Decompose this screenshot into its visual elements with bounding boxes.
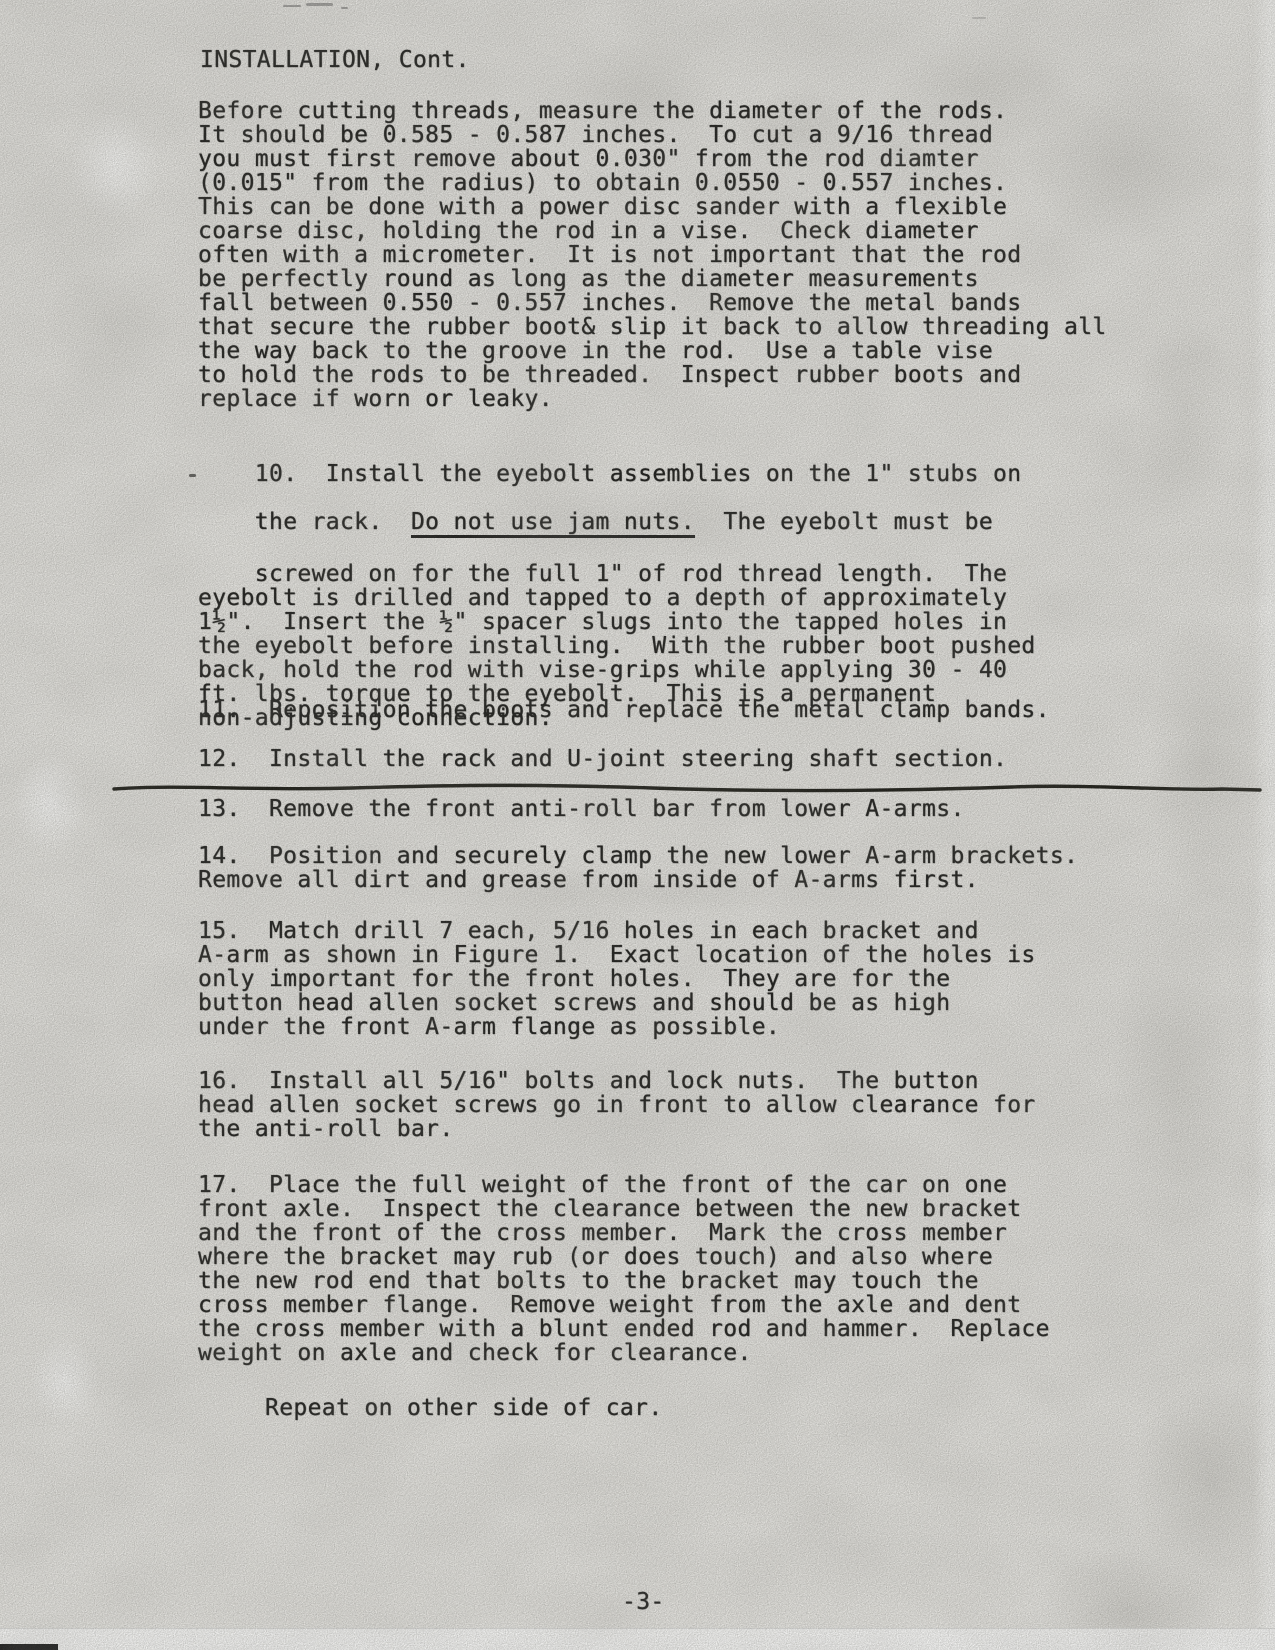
ink-smudge <box>189 474 196 477</box>
page-title: INSTALLATION, Cont. <box>200 48 470 72</box>
pencil-mark <box>283 5 301 7</box>
list-item-17: 17. Place the full weight of the front o… <box>198 1173 1050 1365</box>
scanned-page: INSTALLATION, Cont. Before cutting threa… <box>0 0 1275 1650</box>
list-item-11: 11. Reposition the boots and replace the… <box>198 698 1050 722</box>
list-item-13: 13. Remove the front anti-roll bar from … <box>198 797 965 821</box>
scanner-edge <box>0 1628 1275 1650</box>
closing-line: Repeat on other side of car. <box>265 1396 663 1420</box>
list-item-14: 14. Position and securely clamp the new … <box>198 844 1078 892</box>
pencil-mark <box>972 17 986 19</box>
list-item-10-line2-post: The eyebolt must be <box>695 509 993 535</box>
divider-line <box>112 780 1264 796</box>
paper-worn-spot <box>70 110 160 220</box>
list-item-10-underlined-warning: Do not use jam nuts. <box>411 510 695 538</box>
list-item-16: 16. Install all 5/16" bolts and lock nut… <box>198 1069 1036 1141</box>
list-item-10-line2-pre: the rack. <box>255 509 411 535</box>
scanner-corner-shadow <box>0 1644 58 1650</box>
list-item-12: 12. Install the rack and U-joint steerin… <box>198 747 1007 771</box>
paper-worn-spot <box>30 1335 100 1425</box>
list-item-10-line1: 10. Install the eyebolt assemblies on th… <box>255 461 1022 487</box>
list-item-15: 15. Match drill 7 each, 5/16 holes in ea… <box>198 919 1036 1039</box>
page-number: -3- <box>622 1590 665 1614</box>
paragraph-intro: Before cutting threads, measure the diam… <box>198 99 1107 411</box>
page-edge-highlight <box>1253 0 1275 1650</box>
pencil-mark <box>306 3 333 6</box>
paper-worn-spot <box>12 755 87 850</box>
pencil-mark <box>341 7 348 9</box>
